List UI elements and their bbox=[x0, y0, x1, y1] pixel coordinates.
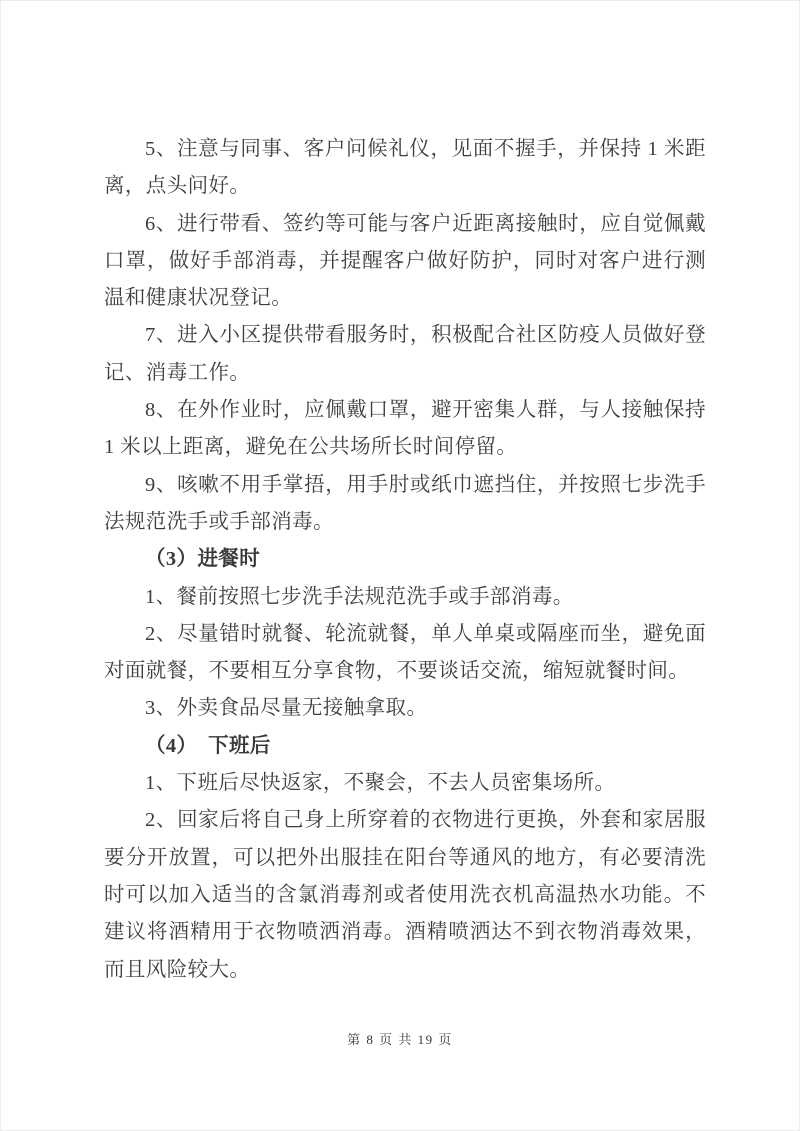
paragraph-item-6: 6、进行带看、签约等可能与客户近距离接触时，应自觉佩戴口罩，做好手部消毒，并提醒… bbox=[104, 206, 706, 318]
document-body: 5、注意与同事、客户问候礼仪，见面不握手，并保持 1 米距离，点头问好。 6、进… bbox=[104, 131, 706, 989]
section-heading-after-work: （4） 下班后 bbox=[104, 728, 706, 765]
paragraph-dining-1: 1、餐前按照七步洗手法规范洗手或手部消毒。 bbox=[104, 579, 706, 616]
paragraph-item-9: 9、咳嗽不用手掌捂，用手肘或纸巾遮挡住，并按照七步洗手法规范洗手或手部消毒。 bbox=[104, 467, 706, 542]
paragraph-dining-2: 2、尽量错时就餐、轮流就餐，单人单桌或隔座而坐，避免面对面就餐，不要相互分享食物… bbox=[104, 616, 706, 691]
document-page: 5、注意与同事、客户问候礼仪，见面不握手，并保持 1 米距离，点头问好。 6、进… bbox=[0, 0, 800, 1131]
paragraph-item-7: 7、进入小区提供带看服务时，积极配合社区防疫人员做好登记、消毒工作。 bbox=[104, 317, 706, 392]
paragraph-item-8: 8、在外作业时，应佩戴口罩，避开密集人群，与人接触保持 1 米以上距离，避免在公… bbox=[104, 392, 706, 467]
paragraph-dining-3: 3、外卖食品尽量无接触拿取。 bbox=[104, 690, 706, 727]
paragraph-item-5: 5、注意与同事、客户问候礼仪，见面不握手，并保持 1 米距离，点头问好。 bbox=[104, 131, 706, 206]
page-number-text: 第 8 页 共 19 页 bbox=[347, 1032, 453, 1047]
paragraph-after-work-2: 2、回家后将自己身上所穿着的衣物进行更换，外套和家居服要分开放置，可以把外出服挂… bbox=[104, 802, 706, 988]
page-footer: 第 8 页 共 19 页 bbox=[1, 1029, 799, 1048]
section-heading-dining: （3）进餐时 bbox=[104, 541, 706, 578]
paragraph-after-work-1: 1、下班后尽快返家，不聚会，不去人员密集场所。 bbox=[104, 765, 706, 802]
